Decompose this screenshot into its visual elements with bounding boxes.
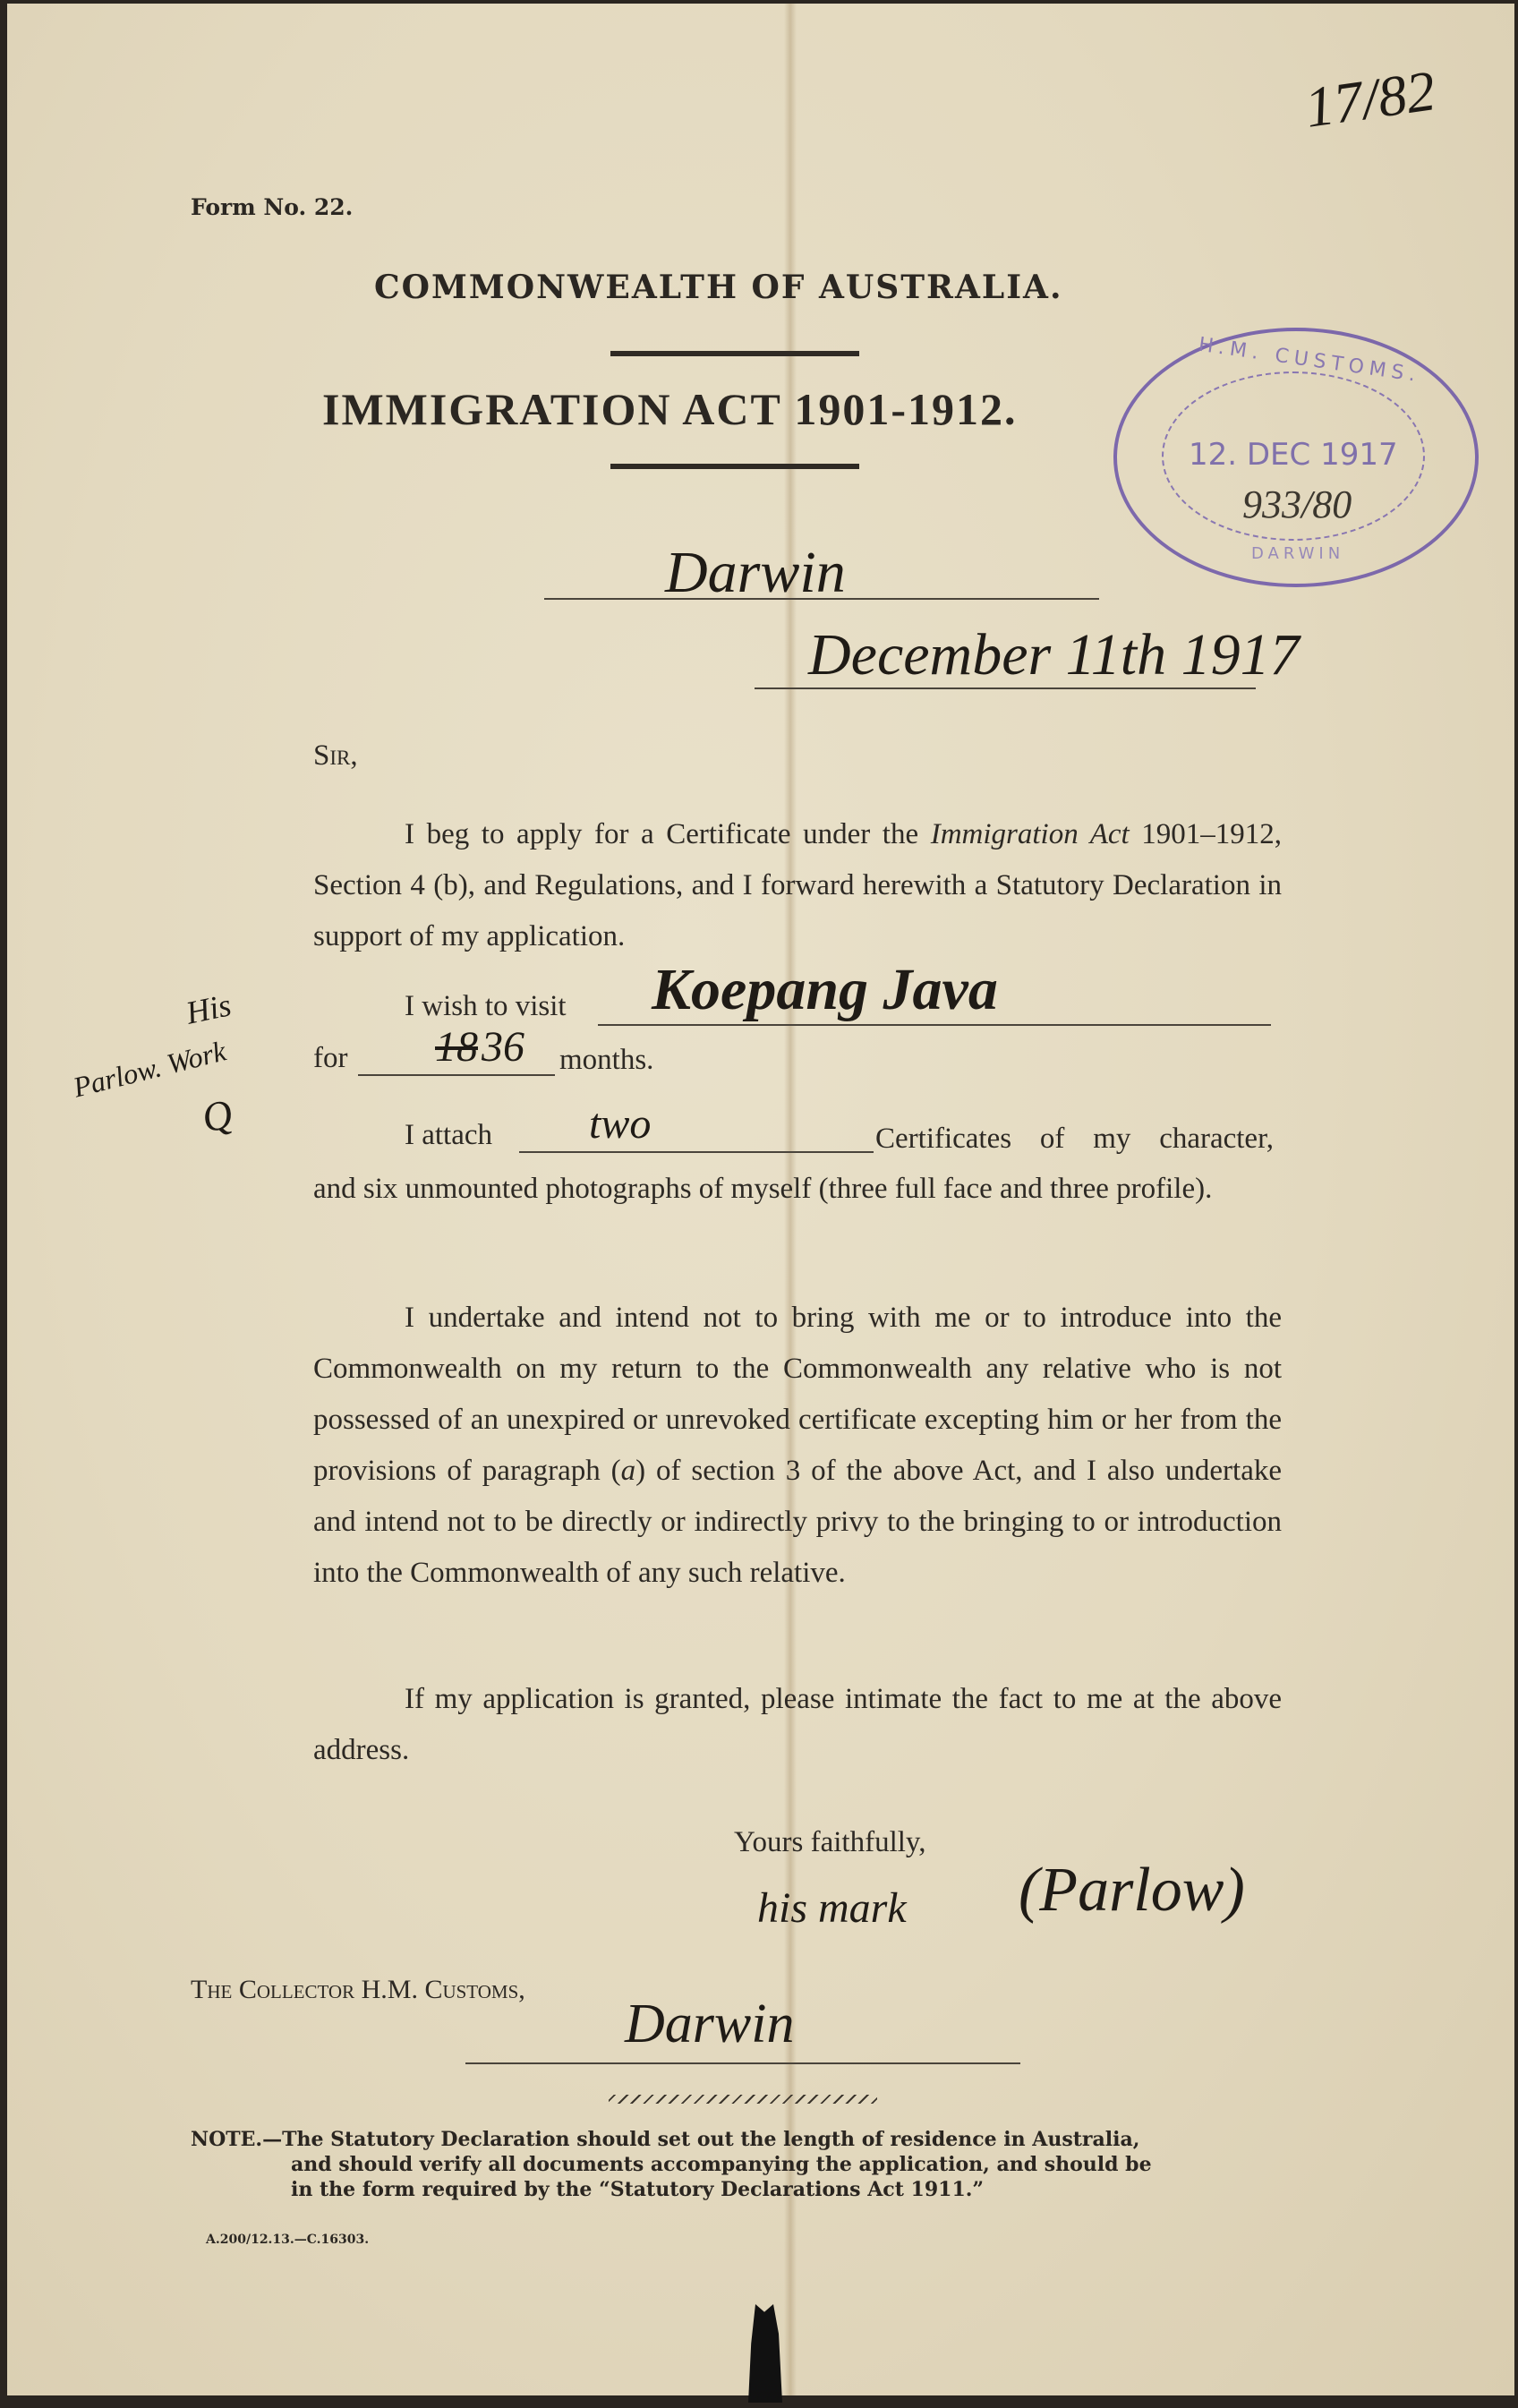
duration-field: 36 [482,1022,524,1072]
stamp-date: 12. DEC 1917 [1189,437,1398,473]
attach-label-after: Certificates of my character, [875,1114,1274,1165]
printer-code: A.200/12.13.—C.16303. [206,2233,369,2247]
salutation: Sir, [313,730,1282,781]
act-title: IMMIGRATION ACT 1901-1912. [322,383,1018,435]
attach-count-field: two [589,1099,651,1148]
duration-label-before: for [313,1033,347,1084]
date-field: December 11th 1917 [808,621,1300,689]
attach-label-before: I attach [405,1110,492,1161]
margin-note-line1: His [183,986,235,1031]
stamp-bottom-text: DARWIN [1251,544,1344,563]
form-number: Form No. 22. [191,194,353,220]
document-page: 17/82 Form No. 22. COMMONWEALTH OF AUSTR… [7,4,1514,2395]
paper-tear [748,2304,784,2403]
duration-label-after: months. [559,1035,653,1086]
paragraph-undertaking: I undertake and intend not to bring with… [313,1293,1282,1599]
note-line2: and should verify all documents accompan… [191,2152,1292,2177]
stamp-number: 933/80 [1242,482,1352,527]
note-label: NOTE. [191,2128,262,2151]
signature-mark: his mark [757,1883,907,1933]
visit-underline [598,1024,1271,1026]
addressee: The Collector H.M. Customs, [191,1964,525,2015]
visit-destination-field: Koepang Java [652,956,998,1024]
attach-underline [519,1151,874,1153]
divider-bottom [610,464,859,469]
note-line3: in the form required by the “Statutory D… [191,2177,1292,2202]
margin-note-initials: Q [197,1089,237,1142]
date-underline [755,687,1256,689]
paragraph-application-italic: Immigration Act [931,818,1130,850]
addressee-place-field: Darwin [625,1993,794,2056]
duration-struck-value: 18 [435,1022,478,1072]
paragraph-granted: If my application is granted, please int… [313,1674,1282,1776]
customs-stamp: H.M. CUSTOMS. 12. DEC 1917 933/80 DARWIN [1113,328,1479,587]
addressee-underline [465,2062,1020,2064]
place-field: Darwin [665,539,846,607]
paragraph-undertaking-italic: a [621,1455,636,1487]
note-block: NOTE.—The Statutory Declaration should s… [191,2127,1292,2202]
note-line1: —The Statutory Declaration should set ou… [262,2128,1139,2151]
duration-underline [358,1074,555,1076]
signature-name: (Parlow) [1019,1855,1245,1926]
place-underline [544,598,1099,600]
closing: Yours faithfully, [734,1817,926,1868]
file-reference: 17/82 [1301,57,1440,141]
divider-top [610,351,859,356]
wavy-divider [609,2095,877,2104]
heading-commonwealth: COMMONWEALTH OF AUSTRALIA. [374,269,1063,306]
paragraph-application: I beg to apply for a Certificate under t… [313,809,1282,962]
paragraph-application-a: I beg to apply for a Certificate under t… [405,818,931,850]
paragraph-photos: and six unmounted photographs of myself … [313,1164,1282,1215]
